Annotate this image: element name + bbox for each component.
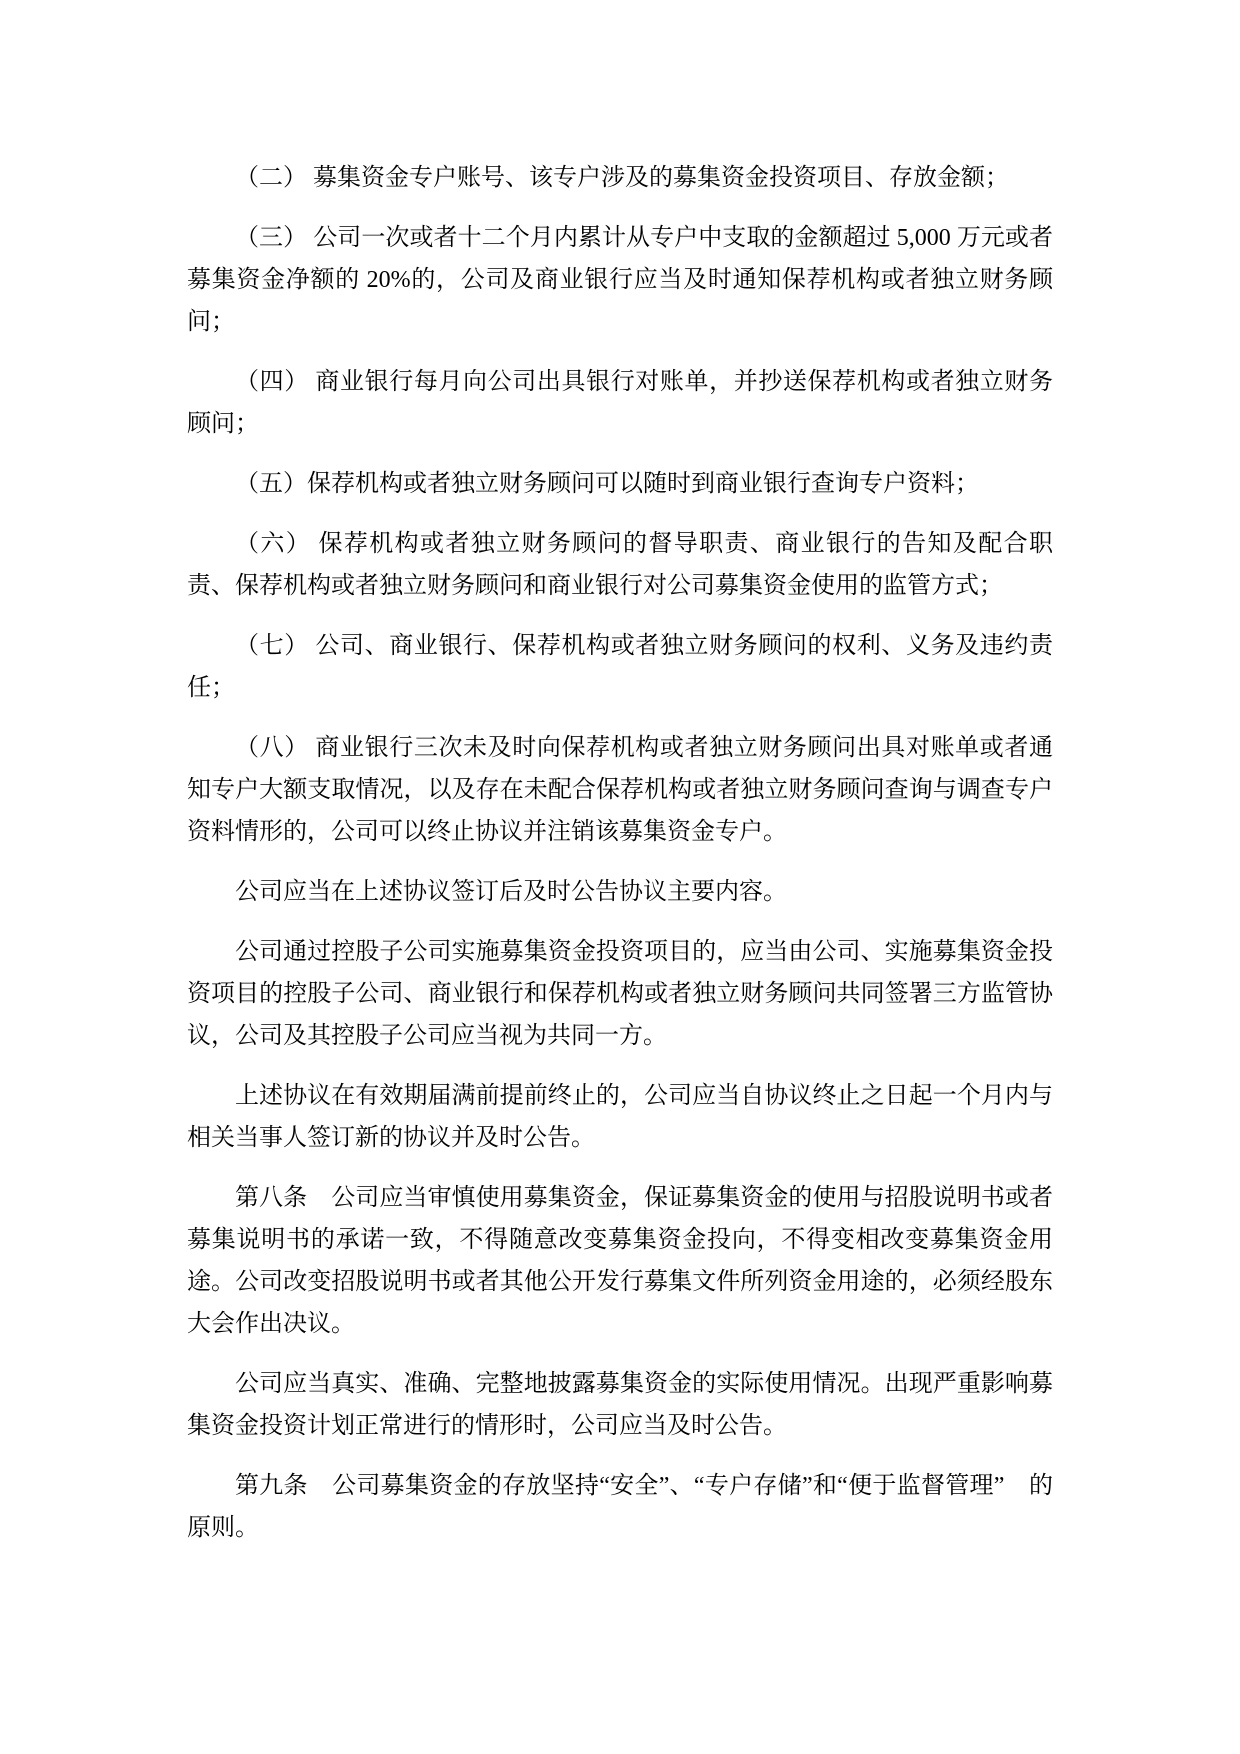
paragraph: 公司应当在上述协议签订后及时公告协议主要内容。 <box>187 871 1053 913</box>
paragraph: 上述协议在有效期届满前提前终止的，公司应当自协议终止之日起一个月内与相关当事人签… <box>187 1075 1053 1159</box>
paragraph: （三） 公司一次或者十二个月内累计从专户中支取的金额超过 5,000 万元或者募… <box>187 217 1053 343</box>
paragraph: （六） 保荐机构或者独立财务顾问的督导职责、商业银行的告知及配合职责、保荐机构或… <box>187 523 1053 607</box>
paragraph: （五）保荐机构或者独立财务顾问可以随时到商业银行查询专户资料； <box>187 463 1053 505</box>
paragraph: 第九条 公司募集资金的存放坚持“安全”、“专户存储”和“便于监督管理” 的原则。 <box>187 1465 1053 1549</box>
paragraph: 公司应当真实、准确、完整地披露募集资金的实际使用情况。出现严重影响募集资金投资计… <box>187 1363 1053 1447</box>
paragraph: 第八条 公司应当审慎使用募集资金，保证募集资金的使用与招股说明书或者募集说明书的… <box>187 1177 1053 1345</box>
document-page: （二） 募集资金专户账号、该专户涉及的募集资金投资项目、存放金额；（三） 公司一… <box>0 0 1240 1754</box>
paragraph: 公司通过控股子公司实施募集资金投资项目的，应当由公司、实施募集资金投资项目的控股… <box>187 931 1053 1057</box>
paragraph: （二） 募集资金专户账号、该专户涉及的募集资金投资项目、存放金额； <box>187 157 1053 199</box>
document-body: （二） 募集资金专户账号、该专户涉及的募集资金投资项目、存放金额；（三） 公司一… <box>187 157 1053 1549</box>
paragraph: （四） 商业银行每月向公司出具银行对账单，并抄送保荐机构或者独立财务顾问； <box>187 361 1053 445</box>
paragraph: （八） 商业银行三次未及时向保荐机构或者独立财务顾问出具对账单或者通知专户大额支… <box>187 727 1053 853</box>
paragraph: （七） 公司、商业银行、保荐机构或者独立财务顾问的权利、义务及违约责任； <box>187 625 1053 709</box>
